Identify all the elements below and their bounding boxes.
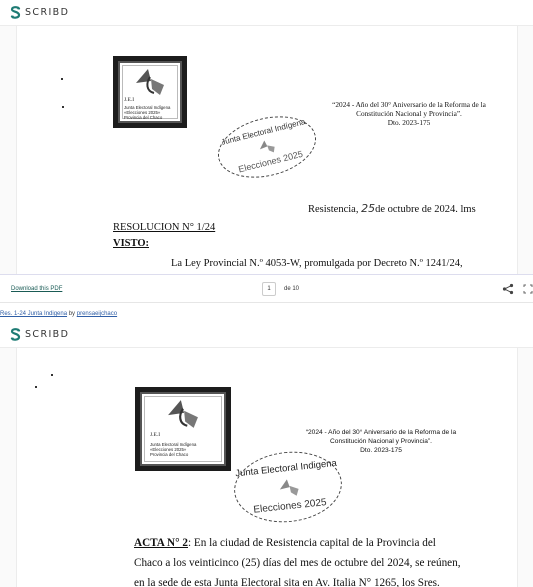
page-total: de 10 — [284, 286, 299, 292]
caption-by: by — [69, 311, 75, 317]
logo-line: Provincia del Chaco — [150, 452, 222, 457]
resolution-number: RESOLUCION N° 1/24 — [113, 222, 215, 233]
acta-line: en la sede de esta Junta Electoral sita … — [134, 573, 461, 587]
motto-line: Constitución Nacional y Provincia”. — [281, 437, 481, 446]
motto-line: Dto. 2023-175 — [309, 118, 509, 127]
scan-speck — [62, 106, 64, 108]
scribd-logo[interactable]: SCRIBD — [10, 328, 69, 341]
download-pdf-link[interactable]: Download this PDF — [11, 286, 62, 292]
acta-line: : En la ciudad de Resistencia capital de… — [188, 537, 436, 549]
body-line: La Ley Provincial N.º 4053-W, promulgada… — [171, 258, 463, 269]
fullscreen-icon[interactable] — [523, 284, 533, 294]
scribd-header: SCRIBD — [0, 322, 533, 348]
document-page: J.E.I Junta Electoral Indígena «Eleccion… — [16, 26, 518, 274]
acta-paragraph: ACTA N° 2: En la ciudad de Resistencia c… — [134, 533, 461, 587]
jei-emblem-icon — [163, 398, 203, 430]
motto-line: Constitución Nacional y Provincia”. — [309, 109, 509, 118]
electoral-stamp: Junta Electoral Indigena Elecciones 2025 — [231, 447, 346, 528]
document-viewer[interactable]: J.E.I Junta Electoral Indígena «Eleccion… — [0, 26, 533, 274]
scribd-logo-icon — [10, 328, 21, 341]
jei-logo: J.E.I Junta Electoral Indígena «Eleccion… — [113, 56, 187, 128]
logo-initials: J.E.I — [150, 432, 160, 438]
scribd-logo[interactable]: SCRIBD — [10, 6, 69, 19]
document-title-link[interactable]: Res. 1-24 Junta Indigena — [0, 311, 67, 317]
author-link[interactable]: prensaeijchaco — [77, 311, 117, 317]
acta-line: Chaco a los veinticinco (25) días del me… — [134, 553, 461, 573]
date-line: Resistencia, 25de octubre de 2024. lms — [308, 202, 476, 215]
visto-heading: VISTO: — [113, 238, 149, 249]
jei-emblem-icon — [132, 67, 168, 97]
share-icon[interactable] — [502, 283, 514, 295]
scribd-wordmark: SCRIBD — [25, 7, 69, 18]
stamp-bottom-text: Elecciones 2025 — [237, 495, 344, 517]
scan-speck — [51, 374, 53, 376]
motto-header: “2024 - Año del 30° Aniversario de la Re… — [281, 428, 481, 455]
scribd-header: SCRIBD — [0, 0, 533, 26]
stamp-top-text: Junta Electoral Indigena — [233, 458, 340, 480]
scribd-embed-2: SCRIBD J.E.I Junta Electoral Indígena «E… — [0, 322, 533, 587]
logo-line: Provincia del Chaco — [124, 115, 178, 120]
scribd-wordmark: SCRIBD — [25, 329, 69, 340]
motto-header: “2024 - Año del 30° Aniversario de la Re… — [309, 100, 509, 127]
scan-speck — [35, 386, 37, 388]
viewer-toolbar: Download this PDF 1 de 10 — [0, 274, 533, 303]
jei-logo: J.E.I Junta Electoral Indígena «Eleccion… — [135, 387, 231, 471]
electoral-stamp: Junta Electoral Indígena Elecciones 2025 — [211, 107, 322, 187]
logo-initials: J.E.I — [124, 97, 134, 103]
scribd-embed-1: SCRIBD J.E.I Junta Electoral Indígena «E… — [0, 0, 533, 303]
motto-line: “2024 - Año del 30° Aniversario de la Re… — [309, 100, 509, 109]
document-viewer[interactable]: J.E.I Junta Electoral Indígena «Eleccion… — [0, 348, 533, 587]
date-prefix: Resistencia, — [308, 204, 361, 215]
handwritten-day: 25 — [361, 202, 375, 215]
acta-label: ACTA N° 2 — [134, 537, 188, 549]
motto-line: “2024 - Año del 30° Aniversario de la Re… — [281, 428, 481, 437]
document-page: J.E.I Junta Electoral Indígena «Eleccion… — [16, 348, 518, 587]
scan-speck — [61, 78, 63, 80]
embed-caption: Res. 1-24 Junta Indigena by prensaeijcha… — [0, 303, 533, 322]
date-suffix: de octubre de 2024. lms — [375, 204, 476, 215]
page-number-input[interactable]: 1 — [262, 282, 276, 296]
scribd-logo-icon — [10, 6, 21, 19]
stamp-emblem-icon — [275, 477, 303, 500]
